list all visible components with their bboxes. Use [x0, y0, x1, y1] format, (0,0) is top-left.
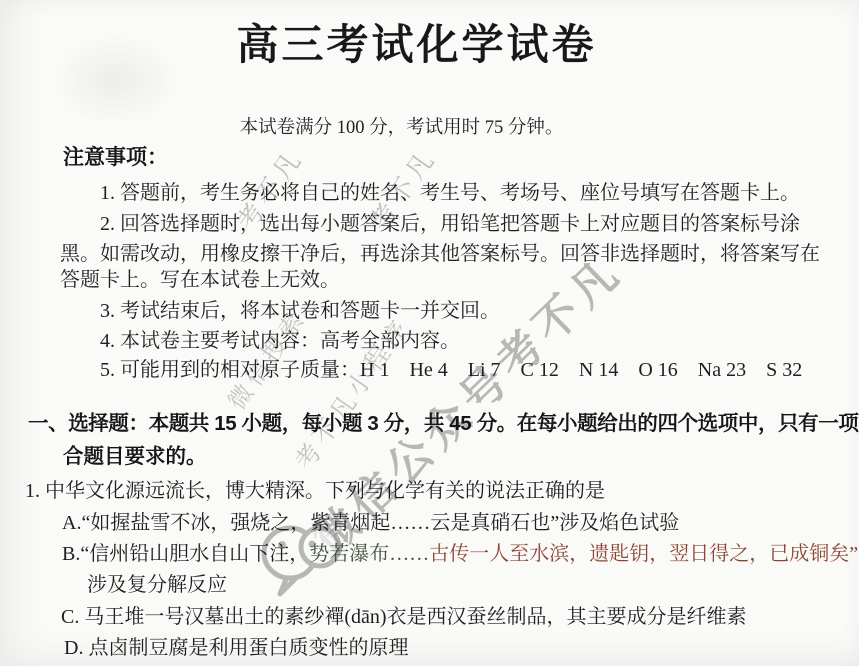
notice-item-2-line-3: 答题卡上。写在本试卷上无效。: [60, 268, 340, 292]
notice-item-5: 5. 可能用到的相对原子质量：H 1 He 4 Li 7 C 12 N 14 O…: [100, 358, 802, 382]
option-b-segment-1: B.“信州铅山胆水自山下注，: [62, 543, 309, 565]
score-duration-line: 本试卷满分 100 分，考试用时 75 分钟。: [0, 113, 831, 139]
section-1-header-line-2: 合题目要求的。: [63, 445, 207, 469]
notice-item-4: 4. 本试卷主要考试内容：高考全部内容。: [100, 329, 460, 353]
notice-item-1: 1. 答题前，考生务必将自己的姓名、考生号、考场号、座位号填写在答题卡上。: [100, 181, 800, 205]
question-1-option-b-line-1: B.“信州铅山胆水自山下注，势若瀑布……古传一人至水滨，遗匙钥，翌日得之，已成铜…: [62, 542, 858, 566]
option-b-segment-3: 古传一人至水滨，遗匙钥，翌日得之，已成铜矣”: [429, 543, 858, 565]
notice-heading: 注意事项：: [63, 146, 168, 170]
question-1-option-c: C. 马王堆一号汉墓出土的素纱襌(dān)衣是西汉蚕丝制品，其主要成分是纤维素: [61, 605, 747, 629]
notice-item-5-label: 5. 可能用到的相对原子质量：: [100, 359, 360, 381]
notice-item-2-line-2: 黑。如需改动，用橡皮擦干净后，再选涂其他答案标号。回答非选择题时，将答案写在: [60, 242, 820, 266]
question-1-stem: 1. 中华文化源远流长，博大精深。下列与化学有关的说法正确的是: [25, 479, 605, 503]
question-1-option-b-line-2: 涉及复分解反应: [87, 573, 227, 597]
option-b-segment-2: 势若瀑布……: [309, 543, 429, 565]
question-1-option-a: A.“如握盐雪不冰，强烧之，紫青烟起……云是真硝石也”涉及焰色试验: [62, 511, 679, 535]
section-1-header-line-1: 一、选择题：本题共 15 小题，每小题 3 分，共 45 分。在每小题给出的四个…: [28, 412, 859, 436]
notice-item-2-line-1: 2. 回答选择题时，选出每小题答案后，用铅笔把答题卡上对应题目的答案标号涂: [100, 212, 800, 236]
exam-title: 高三考试化学试卷: [0, 12, 846, 72]
atomic-mass-list: H 1 He 4 Li 7 C 12 N 14 O 16 Na 23 S 32: [360, 359, 802, 381]
question-1-option-d: D. 点卤制豆腐是利用蛋白质变性的原理: [64, 636, 408, 660]
notice-item-3: 3. 考试结束后，将本试卷和答题卡一并交回。: [100, 299, 500, 323]
